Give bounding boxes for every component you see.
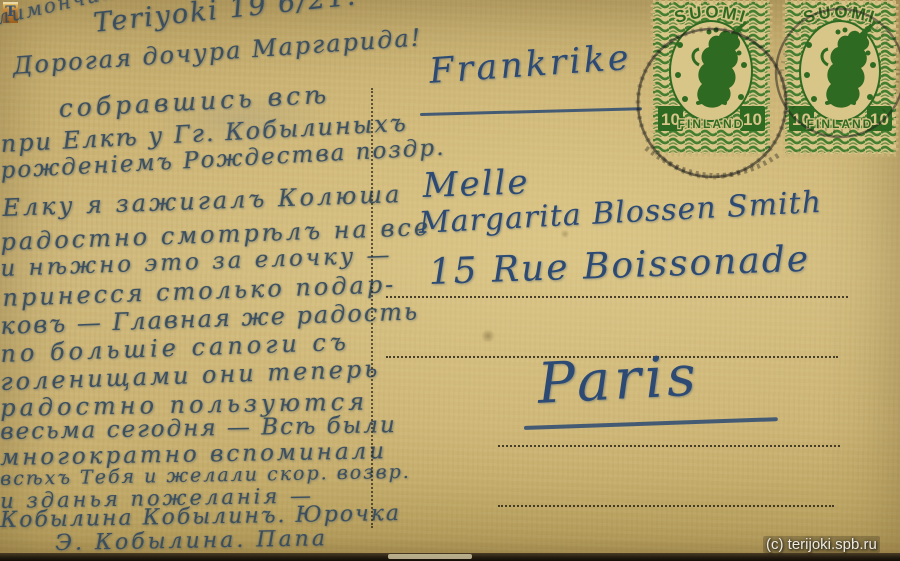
stamp-left: SUOMI 10 10 FINLAND bbox=[653, 1, 770, 154]
message-line: Дорогая дочура Маргарида! bbox=[12, 23, 423, 80]
watermark-credit: (c) terijoki.spb.ru bbox=[763, 536, 880, 553]
address-rule-1 bbox=[386, 296, 848, 298]
stamp-country-bottom: FINLAND bbox=[807, 117, 874, 131]
address-title: Melle bbox=[422, 162, 530, 206]
country-underline bbox=[420, 107, 642, 116]
paper-edge-chip bbox=[388, 554, 472, 559]
postcard-scan: T лимончикъ Teriyoki 19 6/21. Дорогая до… bbox=[0, 0, 900, 561]
address-city: Paris bbox=[536, 344, 701, 417]
city-underline bbox=[524, 417, 778, 430]
address-rule-3 bbox=[498, 445, 840, 447]
address-country: Frankrike bbox=[428, 38, 633, 92]
stamp-value-right: 10 bbox=[743, 110, 762, 129]
address-divider-line bbox=[371, 88, 373, 528]
address-street: 15 Rue Boissonade bbox=[428, 239, 811, 293]
address-rule-4 bbox=[498, 505, 834, 507]
stamps-block: SUOMI 10 10 FINLAND bbox=[628, 0, 896, 212]
paper-stain bbox=[480, 330, 496, 342]
stamp-country-bottom: FINLAND bbox=[678, 117, 745, 131]
signature-line: Э. Кобылина. Папа bbox=[55, 526, 328, 556]
